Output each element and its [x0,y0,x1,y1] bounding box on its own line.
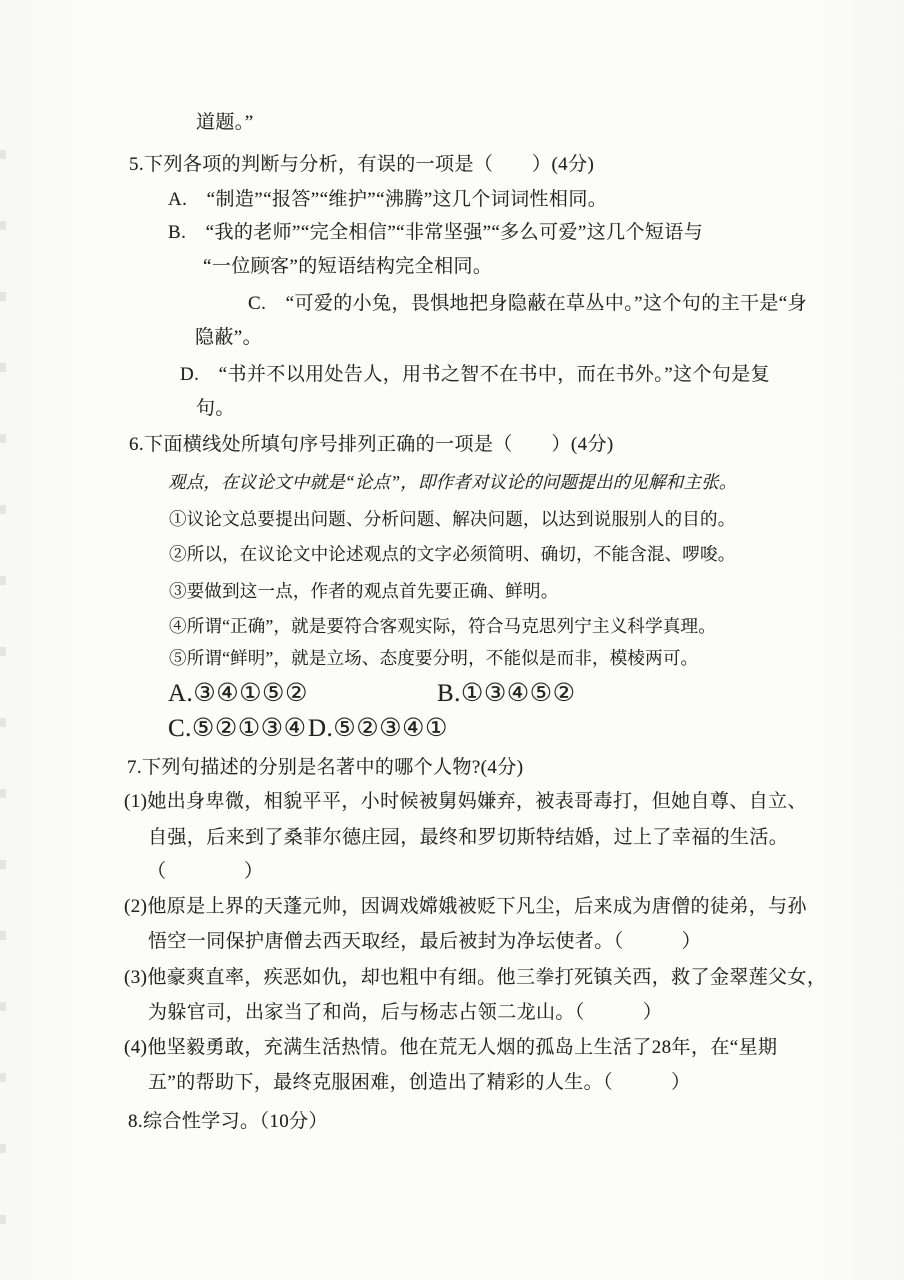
q5-option-d-line-1: D. “书并不以用处告人，用书之智不在书中，而在书外。”这个句是复 [180,361,770,389]
q7-item-4-line-2: 五”的帮助下，最终克服困难，创造出了精彩的人生。（ ） [148,1069,691,1097]
q7-item-4-line-1: (4)他坚毅勇敢，充满生活热情。他在荒无人烟的孤岛上生活了28年，在“星期 [124,1034,777,1062]
q6-header: 6.下面横线处所填句序号排列正确的一项是（ ）(4分) [129,431,614,459]
q5-option-c-line-2: 隐蔽”。 [195,324,262,352]
carryover-line: 道题。” [196,109,254,137]
q6-choice-d: D.⑤②③④① [308,715,448,743]
exam-page: 道题。” 5.下列各项的判断与分析，有误的一项是（ ）(4分) A. “制造”“… [0,0,904,1280]
scan-edge-artifacts [0,150,6,1280]
q6-passage-lead: 观点，在议论文中就是“论点”，即作者对议论的问题提出的见解和主张。 [168,468,737,496]
q7-item-2-line-2: 悟空一同保护唐僧去西天取经，最后被封为净坛使者。（ ） [148,928,701,956]
q6-choice-b: B.①③④⑤② [437,680,576,708]
q6-sentence-4: ④所谓“正确”，就是要符合客观实际，符合马克思列宁主义科学真理。 [169,612,716,640]
q7-item-2-line-1: (2)他原是上界的天蓬元帅，因调戏嫦娥被贬下凡尘，后来成为唐僧的徒弟，与孙 [124,893,807,921]
q6-sentence-3: ③要做到这一点，作者的观点首先要正确、鲜明。 [169,577,558,605]
q6-choice-c: C.⑤②①③④ [168,715,307,743]
q6-sentence-1: ①议论文总要提出问题、分析问题、解决问题，以达到说服别人的目的。 [169,505,735,533]
q7-item-3-line-2: 为躲官司，出家当了和尚，后与杨志占领二龙山。（ ） [148,999,662,1027]
q6-sentence-5: ⑤所谓“鲜明”，就是立场、态度要分明，不能似是而非，模棱两可。 [169,644,698,672]
q8-header: 8.综合性学习。（10分） [128,1108,328,1136]
q7-item-1-answer-blank: （ ） [147,858,263,886]
q5-header: 5.下列各项的判断与分析，有误的一项是（ ）(4分) [129,151,594,179]
q6-choice-a: A.③④①⑤② [168,680,308,708]
q5-option-c-line-1: C. “可爱的小兔，畏惧地把身隐蔽在草丛中。”这个句的主干是“身 [248,290,807,318]
q7-item-3-line-1: (3)他豪爽直率，疾恶如仇，却也粗中有细。他三拳打死镇关西，救了金翠莲父女， [124,964,826,992]
q5-option-b-line-2: “一位顾客”的短语结构完全相同。 [203,253,492,281]
q5-option-d-line-2: 句。 [196,395,235,423]
q7-item-1-line-1: (1)她出身卑微，相貌平平，小时候被舅妈嫌弃，被表哥毒打，但她自尊、自立、 [124,788,807,816]
q7-item-1-line-2: 自强，后来到了桑菲尔德庄园，最终和罗切斯特结婚，过上了幸福的生活。 [148,824,788,852]
q6-sentence-2: ②所以，在议论文中论述观点的文字必须简明、确切，不能含混、啰唆。 [169,540,735,568]
q5-option-b-line-1: B. “我的老师”“完全相信”“非常坚强”“多么可爱”这几个短语与 [168,219,703,247]
q7-header: 7.下列句描述的分别是名著中的哪个人物?(4分) [127,754,523,782]
q5-option-a: A. “制造”“报答”“维护”“沸腾”这几个词词性相同。 [168,186,607,214]
